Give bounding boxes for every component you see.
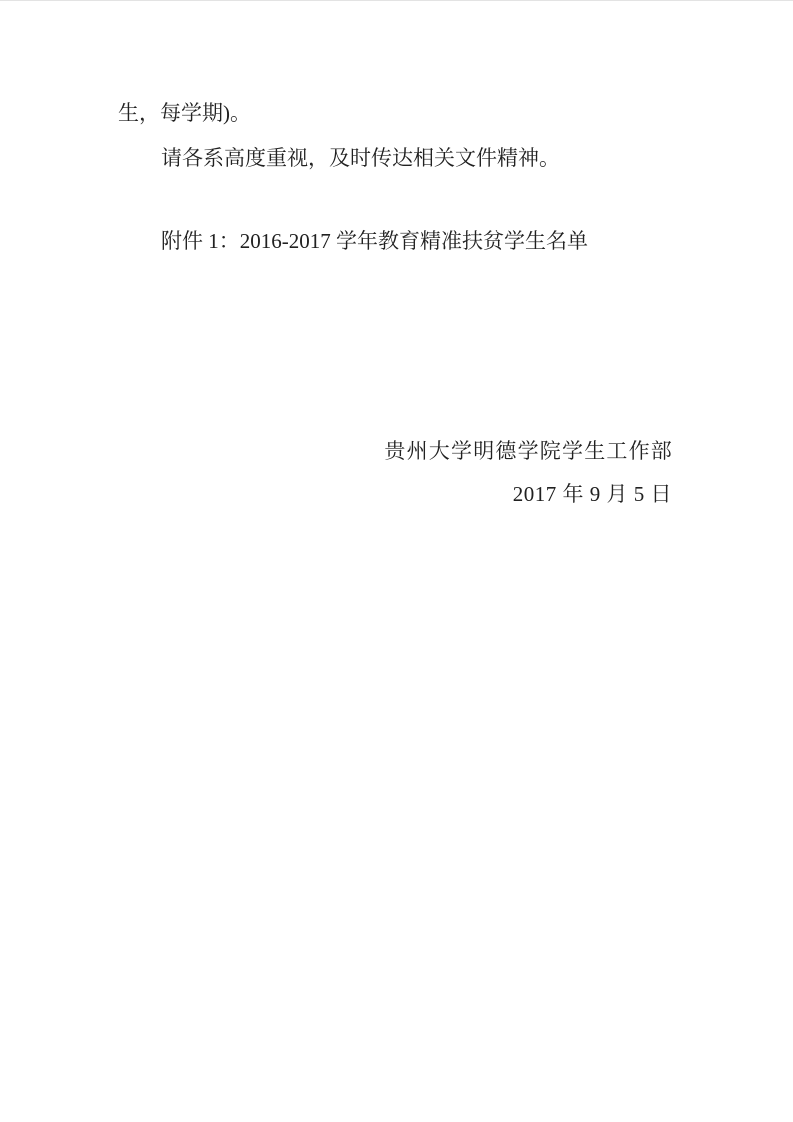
signature-date: 2017 年 9 月 5 日	[513, 482, 672, 507]
body-line-notice: 请各系高度重视，及时传达相关文件精神。	[161, 146, 560, 171]
page-top-edge-divider	[0, 0, 793, 1]
document-page: 生，每学期)。 请各系高度重视，及时传达相关文件精神。 附件 1：2016-20…	[0, 0, 793, 1122]
signature-organization: 贵州大学明德学院学生工作部	[384, 439, 673, 464]
body-line-continuation: 生，每学期)。	[118, 101, 251, 126]
attachment-reference-line: 附件 1：2016-2017 学年教育精准扶贫学生名单	[161, 229, 588, 254]
